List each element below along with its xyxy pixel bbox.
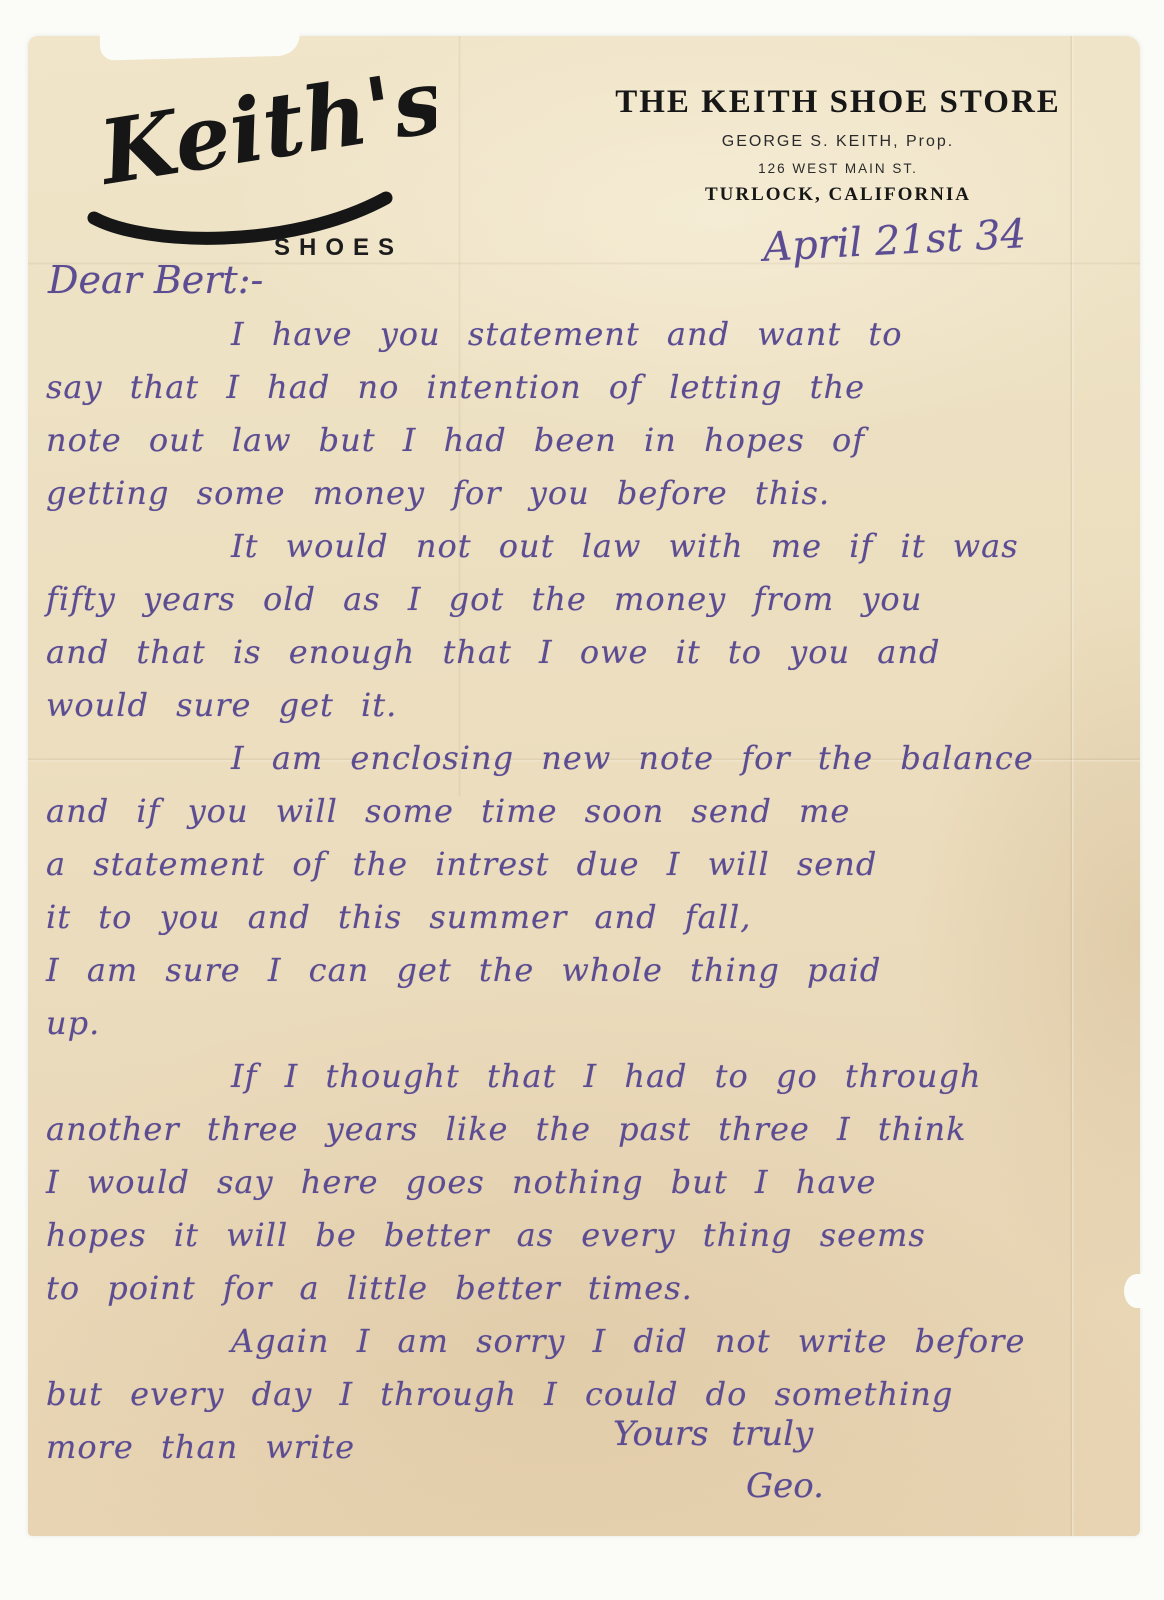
- handwritten-line: say that I had no intention of letting t…: [46, 361, 1122, 414]
- handwritten-line: hopes it will be better as every thing s…: [46, 1209, 1122, 1262]
- handwritten-line: Again I am sorry I did not write before: [46, 1315, 1122, 1368]
- logo-script-text: Keith's: [90, 66, 436, 205]
- handwritten-line: I would say here goes nothing but I have: [46, 1156, 1122, 1209]
- handwritten-line: I have you statement and want to: [46, 308, 1122, 361]
- handwritten-line: It would not out law with me if it was: [46, 520, 1122, 573]
- handwritten-line: and that is enough that I owe it to you …: [46, 626, 1122, 679]
- logo-swash: [94, 198, 386, 238]
- handwritten-line: and if you will some time soon send me: [46, 785, 1122, 838]
- handwritten-line: would sure get it.: [46, 679, 1122, 732]
- date-line: April 21st 34: [762, 211, 1027, 271]
- handwritten-line: note out law but I had been in hopes of: [46, 414, 1122, 467]
- logo-shoes-label: SHOES: [274, 234, 403, 262]
- city-line: TURLOCK, CALIFORNIA: [573, 184, 1103, 206]
- handwritten-line: I am enclosing new note for the balance: [46, 732, 1122, 785]
- signature: Geo.: [746, 1466, 824, 1506]
- handwritten-line: I am sure I can get the whole thing paid: [46, 944, 1122, 997]
- store-name: THE KEITH SHOE STORE: [573, 84, 1103, 121]
- closing-line: Yours truly: [613, 1414, 813, 1454]
- handwritten-line: a statement of the intrest due I will se…: [46, 838, 1122, 891]
- salutation: Dear Bert:-: [48, 258, 263, 302]
- torn-edge-right: [1124, 1274, 1150, 1308]
- handwritten-line: more than write: [46, 1421, 1122, 1474]
- handwritten-line: but every day I through I could do somet…: [46, 1368, 1122, 1421]
- handwritten-line: to point for a little better times.: [46, 1262, 1122, 1315]
- keiths-script-logo: Keith's SHOES: [76, 66, 436, 256]
- handwritten-line: up.: [46, 997, 1122, 1050]
- letter-body: I have you statement and want tosay that…: [46, 308, 1122, 1474]
- letterhead-block: THE KEITH SHOE STORE GEORGE S. KEITH, Pr…: [573, 84, 1103, 206]
- torn-edge-top: [100, 25, 301, 60]
- handwritten-line: fifty years old as I got the money from …: [46, 573, 1122, 626]
- proprietor-line: GEORGE S. KEITH, Prop.: [573, 133, 1103, 151]
- handwritten-line: another three years like the past three …: [46, 1103, 1122, 1156]
- handwritten-line: getting some money for you before this.: [46, 467, 1122, 520]
- scan-background: { "colors":{ "paper":"#ecdfc0", "scan_ba…: [0, 0, 1164, 1600]
- handwritten-line: it to you and this summer and fall,: [46, 891, 1122, 944]
- address-line: 126 WEST MAIN ST.: [573, 161, 1103, 176]
- keiths-logo-graphic: Keith's: [76, 66, 436, 256]
- handwritten-line: If I thought that I had to go through: [46, 1050, 1122, 1103]
- letter-paper: Keith's SHOES THE KEITH SHOE STORE GEORG…: [28, 36, 1140, 1536]
